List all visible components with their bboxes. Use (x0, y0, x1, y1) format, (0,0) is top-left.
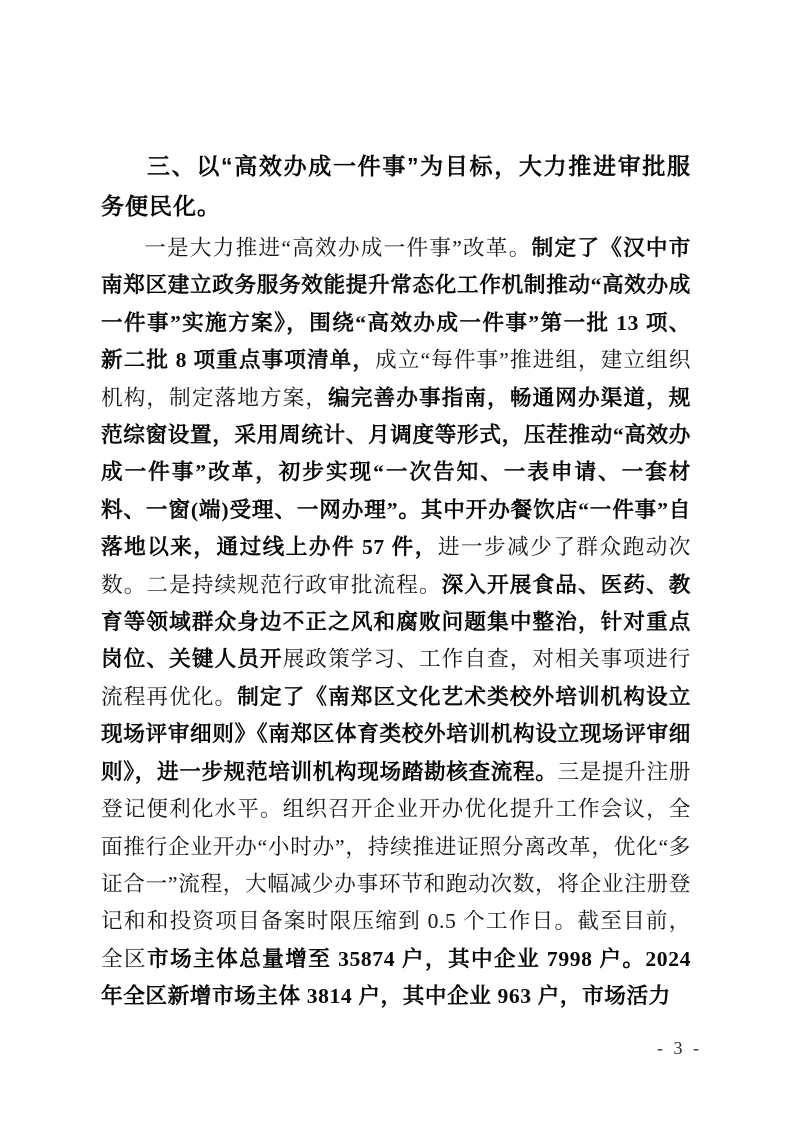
section-heading: 三、以“高效办成一件事”为目标，大力推进审批服务便民化。 (101, 146, 691, 226)
text-run: 编完善办事指南，畅通网办渠道，规范综窗设置，采用周统计、月调度等形式，压茬推动“… (101, 386, 691, 560)
content-area: 三、以“高效办成一件事”为目标，大力推进审批服务便民化。 一是大力推进“高效办成… (101, 146, 691, 1037)
text-run: 一是大力推进“高效办成一件事”改革。 (144, 236, 531, 260)
document-page: 三、以“高效办成一件事”为目标，大力推进审批服务便民化。 一是大力推进“高效办成… (0, 0, 792, 1121)
text-run: 三是提升注册登记便利化水平。组织召开企业开办优化提升工作会议，全面推行企业开办“… (101, 760, 691, 971)
page-number: - 3 - (657, 1038, 702, 1059)
body-paragraph: 一是大力推进“高效办成一件事”改革。制定了《汉中市南郑区建立政务服务效能提升常态… (101, 230, 691, 1016)
text-run: 市场主体总量增至 35874 户，其中企业 7998 户。2024 年全区新增市… (101, 947, 691, 1008)
paragraph-container: 一是大力推进“高效办成一件事”改革。制定了《汉中市南郑区建立政务服务效能提升常态… (101, 230, 691, 1016)
